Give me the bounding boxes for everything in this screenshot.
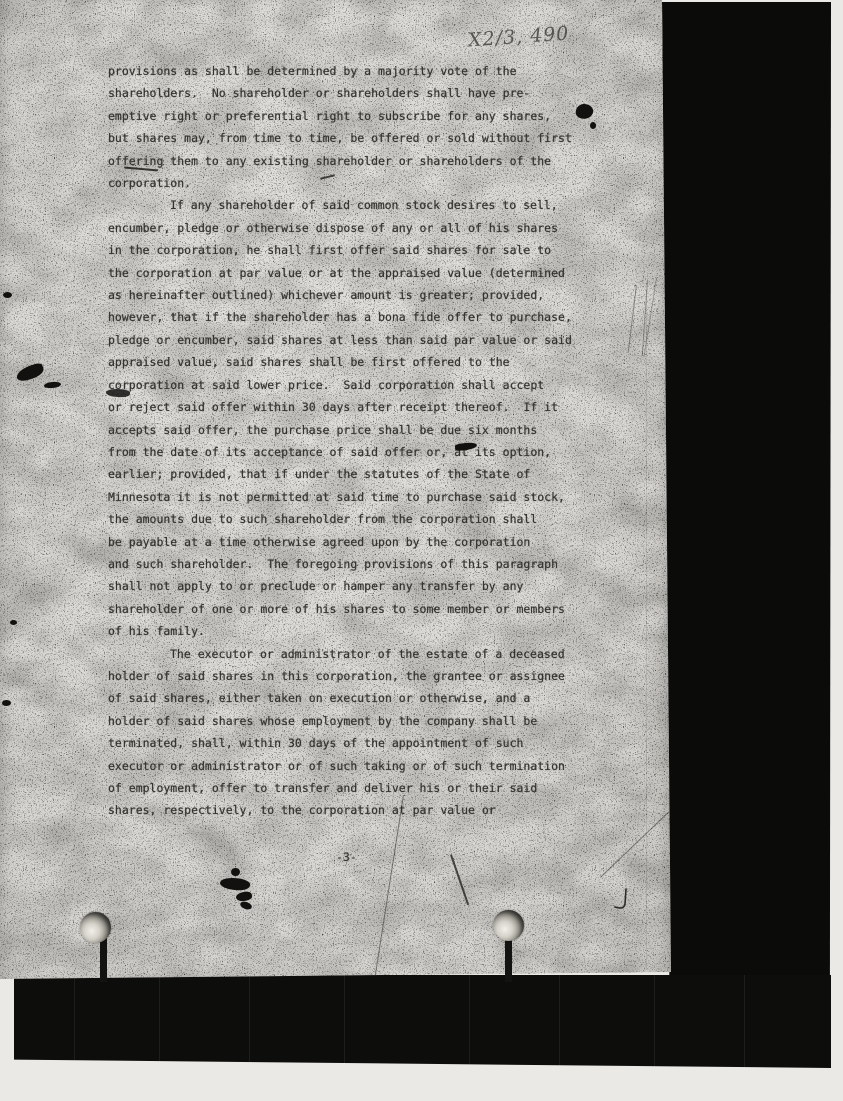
scan-artifact-line: [654, 975, 655, 1068]
paragraph-1: provisions as shall be determined by a m…: [108, 60, 588, 194]
fastener-head-right: [493, 910, 524, 941]
scan-artifact-line: [469, 975, 470, 1068]
page-crease: [646, 290, 647, 970]
scan-artifact-line: [74, 975, 75, 1068]
scanned-document: X2/3, 490 provisions as shall be determi…: [0, 0, 843, 1101]
scratch-line: [375, 795, 404, 975]
handwritten-annotation: X2/3, 490: [467, 22, 570, 51]
scan-artifact-line: [159, 975, 160, 1068]
ink-blob: [10, 620, 17, 625]
scan-artifact-line: [744, 975, 745, 1068]
fastener-head-left: [80, 912, 111, 943]
pen-mark-j: [610, 886, 632, 914]
paragraph-2: If any shareholder of said common stock …: [108, 194, 588, 642]
typewritten-text: provisions as shall be determined by a m…: [108, 60, 588, 822]
ink-blob: [239, 900, 253, 911]
scan-artifact-line: [249, 975, 250, 1068]
scratch-line: [450, 854, 469, 905]
fastener-stem-left: [100, 938, 107, 982]
ink-blob: [590, 122, 596, 129]
fastener-stem-right: [505, 936, 512, 982]
scan-artifact-line: [559, 975, 560, 1068]
ink-blob: [219, 876, 250, 892]
document-page: X2/3, 490 provisions as shall be determi…: [0, 0, 672, 980]
scan-dark-area-bottom: [14, 975, 831, 1068]
ink-blob: [3, 292, 12, 298]
ink-blob: [2, 700, 11, 706]
paragraph-3: The executor or administrator of the est…: [108, 643, 588, 822]
ink-blob: [44, 381, 62, 389]
page-number: -3-: [336, 850, 357, 864]
scan-dark-area-right: [662, 2, 831, 1064]
scratch-line: [628, 285, 637, 353]
ink-blob: [15, 362, 46, 383]
scan-artifact-line: [344, 975, 345, 1068]
ink-blob: [231, 868, 240, 876]
scratch-line: [600, 811, 669, 877]
